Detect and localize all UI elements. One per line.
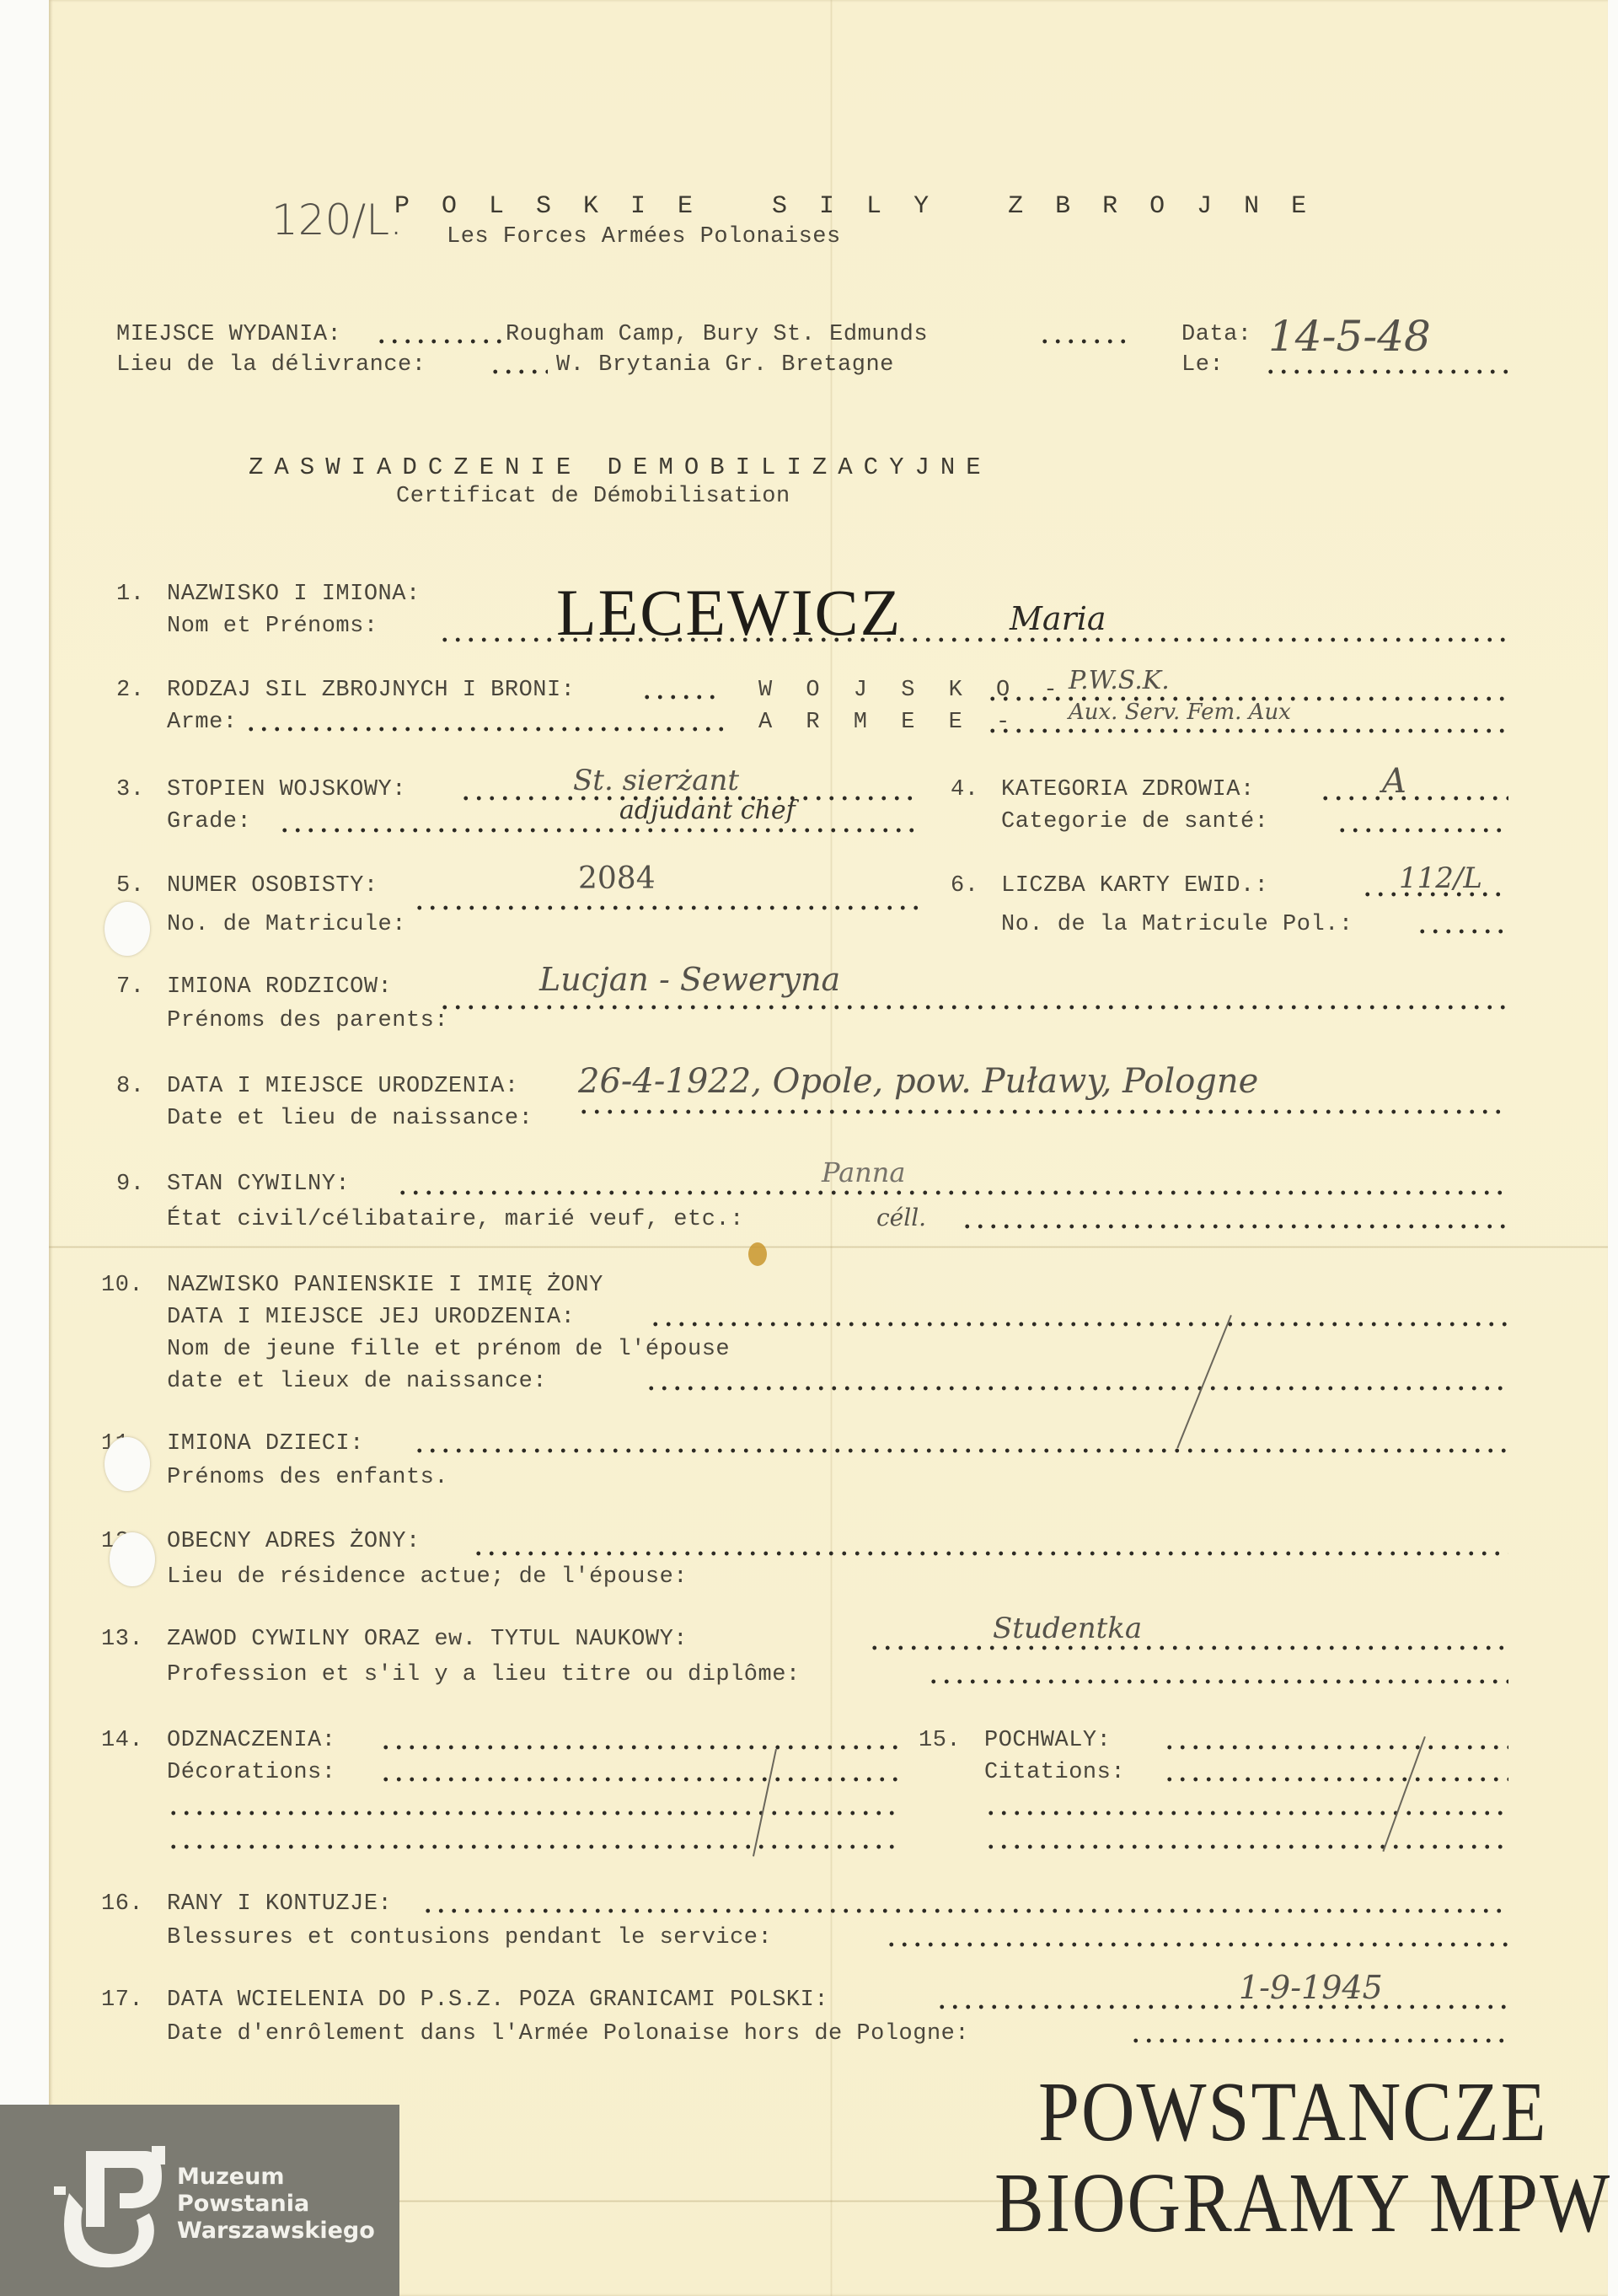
field-9-label-pl: STAN CYWILNY: [167,1172,350,1197]
logo-text-line3: Warszawskiego [177,2218,375,2245]
dotted-line [489,369,548,374]
field-1-label-pl: NAZWISKO I IMIONA: [167,582,421,607]
field-9-value2: céll. [876,1204,926,1231]
dotted-line [868,1645,1508,1650]
field-13-value: Studentka [993,1612,1142,1645]
dotted-line [649,1322,1508,1327]
dotted-line [396,1190,1508,1195]
field-2-label-fr: Arme: [167,710,238,735]
logo-text-line1: Muzeum [177,2164,375,2191]
field-10-label-fr2: date et lieux de naissance: [167,1369,547,1394]
field-3-label-fr: Grade: [167,809,251,834]
punch-hole [110,1532,155,1586]
field-15-label-fr: Citations: [984,1760,1125,1785]
field-12-label-fr: Lieu de résidence actue; de l'épouse: [167,1564,688,1590]
dotted-line [278,828,919,833]
dotted-line [1361,892,1508,897]
dotted-line [244,727,729,732]
field-15-number: 15. [919,1728,961,1753]
field-9-label-fr: État civil/célibataire, marié veuf, etc.… [167,1207,744,1232]
dotted-line [1163,1777,1508,1782]
field-4-number: 4. [951,777,978,802]
dotted-line [438,1005,1508,1010]
field-1-given-name: Maria [1010,600,1106,637]
dotted-line [640,695,721,700]
field-8-number: 8. [116,1074,144,1099]
field-17-label-pl: DATA WCIELENIA DO P.S.Z. POZA GRANICAMI … [167,1988,828,2013]
field-10-label-pl: NAZWISKO PANIENSKIE I IMIĘ ŻONY [167,1273,603,1298]
anchor-kotwica-icon [52,2143,170,2269]
field-9-number: 9. [116,1172,144,1197]
field-6-value: 112/L [1399,861,1482,895]
dotted-line [379,1777,902,1782]
field-13-number: 13. [101,1627,143,1652]
punch-hole [104,902,150,956]
field-8-value: 26-4-1922, Opole, pow. Puławy, Pologne [578,1062,1258,1101]
field-17-value: 1-9-1945 [1239,1969,1383,2006]
dotted-line [645,1386,1508,1391]
watermark-line2: BIOGRAMY MPW [994,2154,1611,2252]
field-2-value: P.W.S.K. [1069,666,1170,695]
field-9-value: Panna [822,1156,905,1188]
field-3-value: St. sierżant [573,764,739,797]
field-10-label-pl2: DATA I MIEJSCE JEJ URODZENIA: [167,1305,575,1330]
field-2-number: 2. [116,678,144,703]
dotted-line [984,1811,1508,1816]
field-17-label-fr: Date d'enrôlement dans l'Armée Polonaise… [167,2021,969,2047]
place-label-fr: Lieu de la délivrance: [116,352,426,378]
certificate-title-pl: ZASWIADCZENIE DEMOBILIZACYJNE [249,453,992,481]
dotted-line [1319,796,1508,801]
field-3-label-pl: STOPIEN WOJSKOWY: [167,777,406,802]
field-3-number: 3. [116,777,144,802]
dotted-line [1416,929,1508,934]
field-2-mid-fr: A R M E E - [758,710,1020,735]
place-value-line2: W. Brytania Gr. Bretagne [556,352,894,378]
field-7-number: 7. [116,974,144,1000]
field-5-number: 5. [116,873,144,899]
field-2-value2: Aux. Serv. Fem. Aux [1069,700,1291,725]
field-7-value: Lucjan - Seweryna [539,961,840,998]
field-8-label-pl: DATA I MIEJSCE URODZENIA: [167,1074,519,1099]
certificate-title-fr: Certificat de Démobilisation [396,484,790,509]
dotted-line [986,728,1508,733]
field-6-label-pl: LICZBA KARTY EWID.: [1001,873,1268,899]
date-label-fr: Le: [1181,352,1224,378]
field-11-label-fr: Prénoms des enfants. [167,1465,448,1490]
field-6-number: 6. [951,873,978,899]
header-french: Les Forces Armées Polonaises [447,224,841,249]
dotted-line [438,637,1508,642]
header-polish: P O L S K I E S I L Y Z B R O J N E [394,192,1315,221]
dotted-line [885,1942,1508,1947]
place-label-pl: MIEJSCE WYDANIA: [116,322,341,347]
field-4-label-fr: Categorie de santé: [1001,809,1268,834]
dotted-line [421,1908,1508,1913]
dotted-line [472,1551,1508,1556]
field-13-label-fr: Profession et s'il y a lieu titre ou dip… [167,1662,801,1687]
dotted-line [167,1811,902,1816]
dotted-line [1336,828,1508,833]
field-8-label-fr: Date et lieu de naissance: [167,1106,533,1131]
place-value-line1: Rougham Camp, Bury St. Edmunds [506,322,928,347]
field-13-label-pl: ZAWOD CYWILNY ORAZ ew. TYTUL NAUKOWY: [167,1627,688,1652]
field-16-label-fr: Blessures et contusions pendant le servi… [167,1925,772,1950]
dotted-line [984,1844,1508,1849]
field-14-label-pl: ODZNACZENIA: [167,1728,335,1753]
field-7-label-fr: Prénoms des parents: [167,1008,448,1033]
field-14-label-fr: Décorations: [167,1760,335,1785]
reference-number: 120/L. [271,196,403,244]
dotted-line [1163,1745,1508,1750]
field-10-label-fr: Nom de jeune fille et prénom de l'épouse [167,1337,730,1362]
dotted-line [1129,2038,1508,2043]
dotted-line [413,905,919,910]
field-16-label-pl: RANY I KONTUZJE: [167,1891,392,1917]
field-1-label-fr: Nom et Prénoms: [167,614,378,639]
dotted-line [577,1109,1508,1114]
field-12-label-pl: OBECNY ADRES ŻONY: [167,1529,421,1554]
dotted-line [1038,339,1131,344]
dotted-line [167,1844,902,1849]
field-6-label-fr: No. de la Matricule Pol.: [1001,912,1353,937]
dotted-line [927,1679,1508,1684]
punch-hole [104,1437,150,1491]
dotted-line [413,1448,1508,1453]
field-11-label-pl: IMIONA DZIECI: [167,1431,364,1456]
dotted-line [935,2004,1508,2009]
field-4-label-pl: KATEGORIA ZDROWIA: [1001,777,1255,802]
paper-fold-horizontal [49,1246,1608,1248]
field-14-number: 14. [101,1728,143,1753]
field-15-label-pl: POCHWALY: [984,1728,1111,1753]
field-3-value2: adjudant chef [619,796,796,825]
date-value: 14-5-48 [1268,312,1431,361]
logo-text-line2: Powstania [177,2191,375,2218]
field-10-number: 10. [101,1273,143,1298]
field-7-label-pl: IMIONA RODZICOW: [167,974,392,1000]
field-5-value: 2084 [578,861,656,896]
field-17-number: 17. [101,1988,143,2013]
museum-logo: Muzeum Powstania Warszawskiego [0,2105,399,2296]
dotted-line [961,1224,1508,1229]
dotted-line [1264,369,1508,374]
dotted-line [375,339,501,344]
dotted-line [379,1745,902,1750]
field-1-number: 1. [116,582,144,607]
field-2-label-pl: RODZAJ SIL ZBROJNYCH I BRONI: [167,678,575,703]
field-16-number: 16. [101,1891,143,1917]
field-5-label-pl: NUMER OSOBISTY: [167,873,378,899]
field-5-label-fr: No. de Matricule: [167,912,406,937]
date-label-pl: Data: [1181,322,1252,347]
watermark-line1: POWSTANCZE [1038,2063,1548,2161]
ink-stain [748,1242,767,1266]
